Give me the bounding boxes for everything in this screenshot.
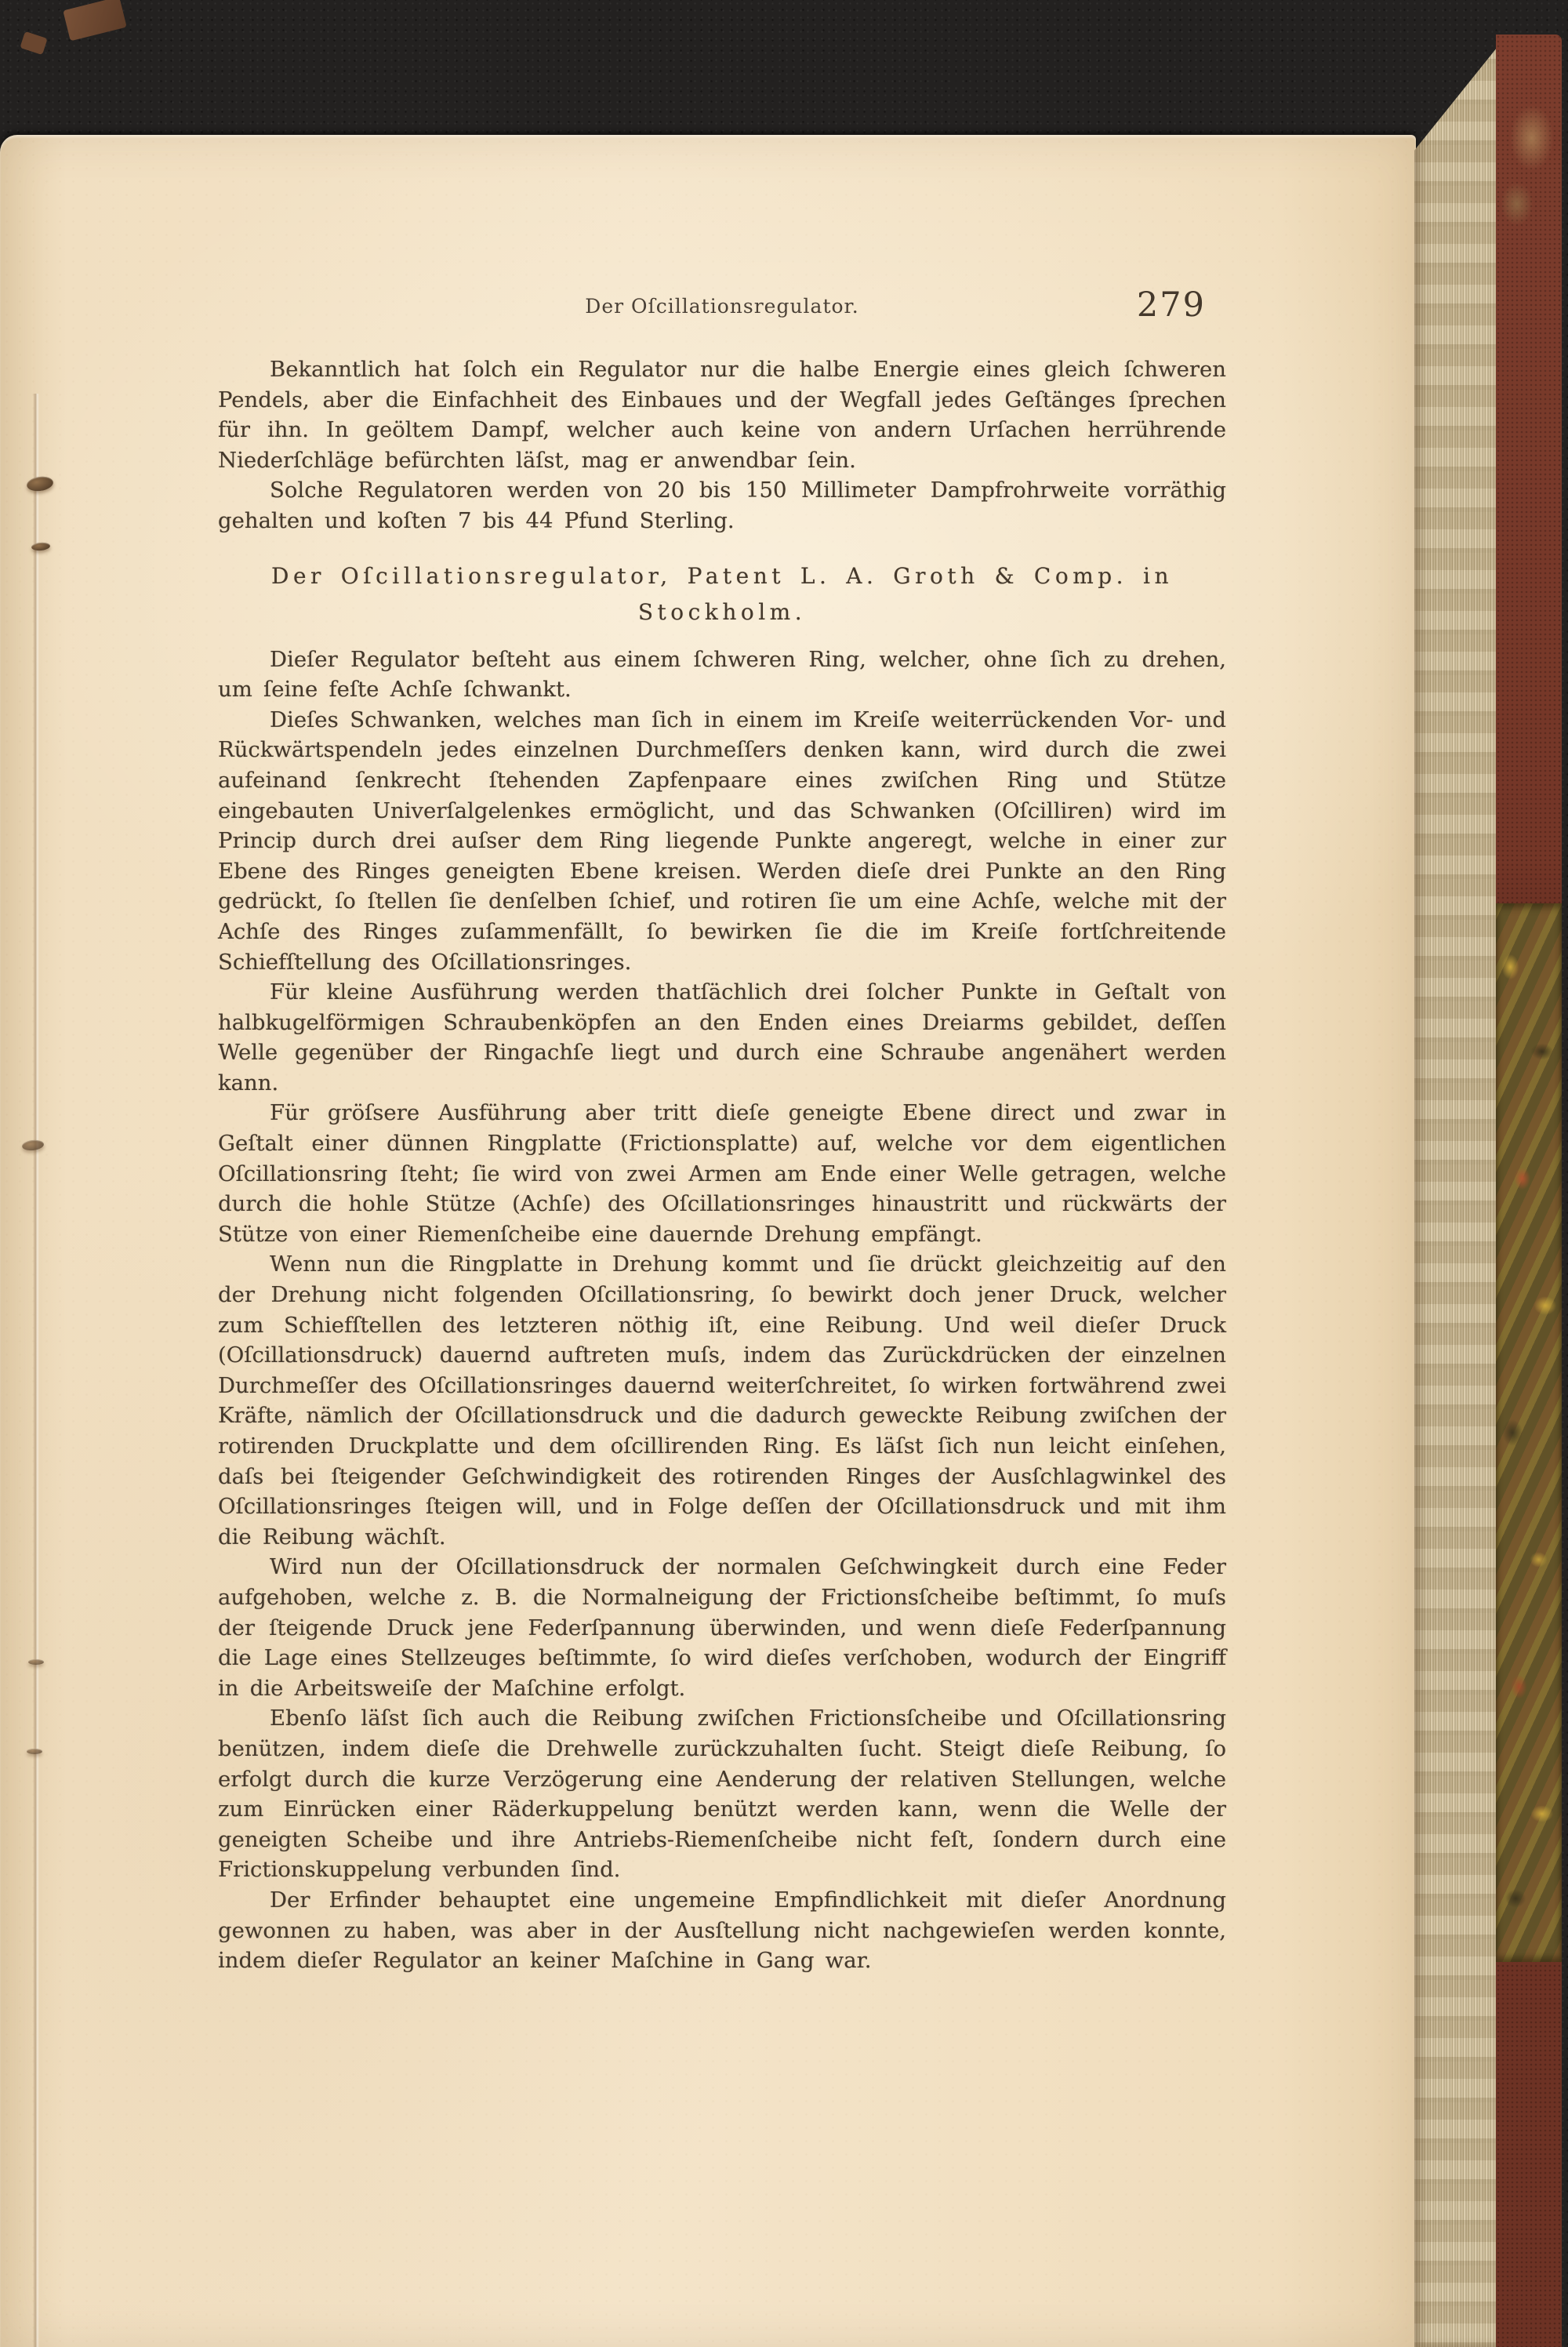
page-edges-stack [1414,47,1497,2347]
cover-marbled-band [1496,903,1562,1962]
section-heading: Der Oſcillationsregulator, Patent L. A. … [218,558,1226,630]
section-heading-line: Stockholm. [218,594,1226,630]
paragraph: Solche Regulatoren werden von 20 bis 150… [218,475,1226,536]
page-header: Der Oſcillationsregulator. 279 [218,295,1226,342]
book-page: Der Oſcillationsregulator. 279 Bekanntli… [0,135,1416,2347]
page-number: 279 [1137,285,1206,325]
book-cover-edge [1496,35,1562,2347]
binding-stitch [31,542,51,551]
paragraph: Der Erfinder behauptet eine ungemeine Em… [218,1885,1226,1976]
paragraph: Wird nun der Oſcillationsdruck der norma… [218,1552,1226,1703]
binding-stitch [21,1139,44,1152]
running-head: Der Oſcillationsregulator. [218,295,1226,318]
binding-stitch [28,1659,44,1665]
leather-fragment [63,0,126,41]
paragraph: Dieſes Schwanken, welches man ſich in ei… [218,705,1226,977]
paragraph: Wenn nun die Ringplatte in Drehung kommt… [218,1249,1226,1552]
leather-fragment [20,31,47,55]
binding-stitch [26,475,54,493]
binding-stitch [27,1749,42,1754]
photo-background: Der Oſcillationsregulator. 279 Bekanntli… [0,0,1568,2347]
binding-crease [33,394,39,2347]
paragraph: Bekanntlich hat ſolch ein Regulator nur … [218,354,1226,475]
body-text: Bekanntlich hat ſolch ein Regulator nur … [218,354,1226,1976]
section-heading-line: Der Oſcillationsregulator, Patent L. A. … [218,558,1226,594]
paragraph: Für gröſsere Ausführung aber tritt dieſe… [218,1098,1226,1249]
paragraph: Für kleine Ausführung werden thatſächlic… [218,977,1226,1098]
paragraph: Dieſer Regulator beſteht aus einem ſchwe… [218,645,1226,705]
paragraph: Ebenſo läſst ſich auch die Reibung zwiſc… [218,1703,1226,1885]
cover-wear-mark [1499,105,1559,270]
